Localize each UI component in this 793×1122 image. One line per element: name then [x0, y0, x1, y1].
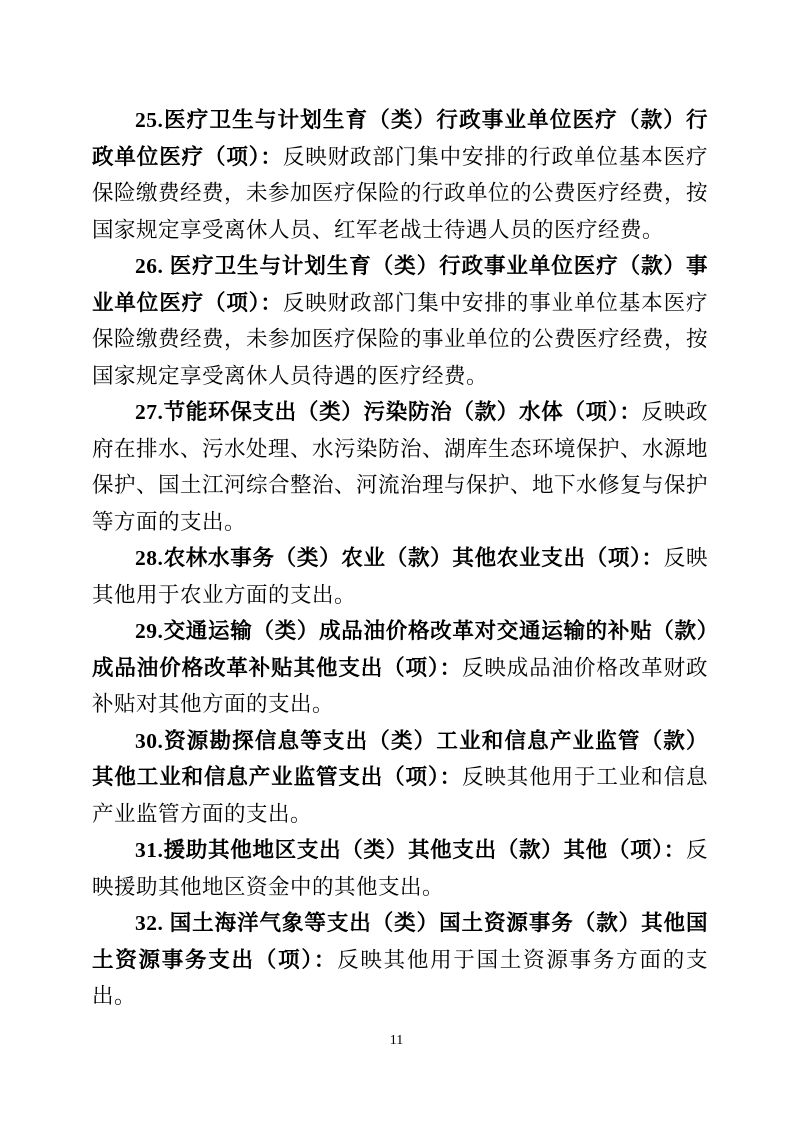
document-page: 25.医疗卫生与计划生育（类）行政事业单位医疗（款）行政单位医疗（项）：反映财政… [0, 0, 793, 1122]
definition-item-32: 32. 国土海洋气象等支出（类）国土资源事务（款）其他国土资源事务支出（项）：反… [92, 905, 708, 1015]
definition-item-30: 30.资源勘探信息等支出（类）工业和信息产业监管（款）其他工业和信息产业监管支出… [92, 723, 708, 833]
item-28-term: 28.农林水事务（类）农业（款）其他农业支出（项）： [135, 546, 664, 570]
definition-item-27: 27.节能环保支出（类）污染防治（款）水体（项）：反映政府在排水、污水处理、水污… [92, 394, 708, 540]
definition-item-26: 26. 医疗卫生与计划生育（类）行政事业单位医疗（款）事业单位医疗（项）：反映财… [92, 248, 708, 394]
document-body: 25.医疗卫生与计划生育（类）行政事业单位医疗（款）行政单位医疗（项）：反映财政… [92, 102, 708, 1015]
definition-item-31: 31.援助其他地区支出（类）其他支出（款）其他（项）：反映援助其他地区资金中的其… [92, 832, 708, 905]
item-27-term: 27.节能环保支出（类）污染防治（款）水体（项）： [135, 400, 642, 424]
definition-item-28: 28.农林水事务（类）农业（款）其他农业支出（项）：反映其他用于农业方面的支出。 [92, 540, 708, 613]
item-31-term: 31.援助其他地区支出（类）其他支出（款）其他（项）： [135, 838, 686, 862]
definition-item-29: 29.交通运输（类）成品油价格改革对交通运输的补贴（款）成品油价格改革补贴其他支… [92, 613, 708, 723]
page-number: 11 [0, 1032, 793, 1050]
definition-item-25: 25.医疗卫生与计划生育（类）行政事业单位医疗（款）行政单位医疗（项）：反映财政… [92, 102, 708, 248]
